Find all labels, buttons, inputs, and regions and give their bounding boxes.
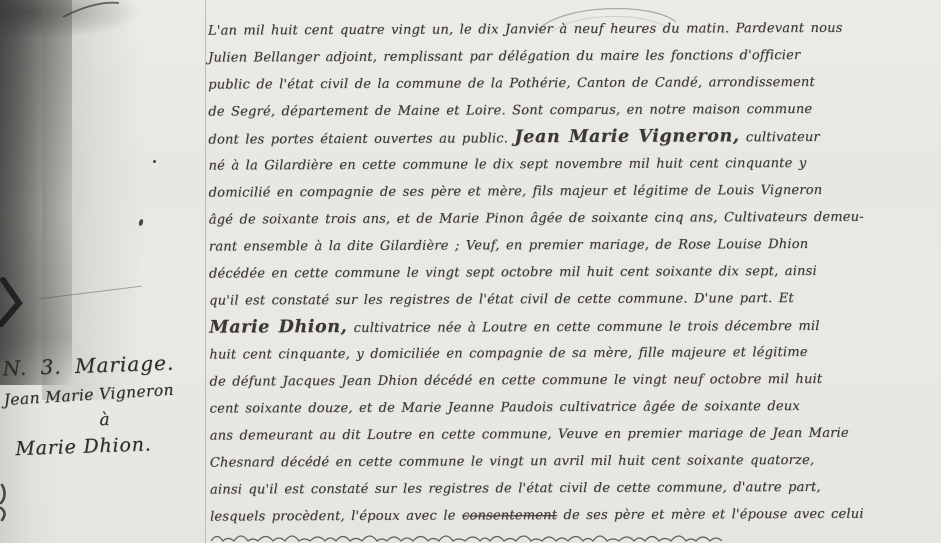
text-line: ainsi qu'il est constaté sur les registr… — [210, 473, 936, 503]
text-line: Marie Dhion, cultivatrice née à Loutre e… — [209, 311, 935, 341]
clipped-text-line — [209, 531, 935, 543]
text-line: domicilié en compagnie de ses père et mè… — [209, 176, 935, 206]
ink-chevron-mark-icon — [0, 276, 26, 330]
text-line: de défunt Jacques Jean Dhion décédé en c… — [209, 365, 935, 395]
text-line: Chesnard décédé en cette commune le ving… — [210, 446, 936, 476]
margin-annotation: N. 3. Mariage. Jean Marie Vigneron à Mar… — [2, 347, 206, 465]
bride-name-note: Marie Dhion. — [5, 427, 206, 464]
text-line: de Segré, département de Maine et Loire.… — [208, 95, 934, 125]
text-line: dont les portes étaient ouvertes au publ… — [208, 122, 934, 152]
text-line: huit cent cinquante, y domiciliée en com… — [209, 338, 935, 368]
act-body-text: L'an mil huit cent quatre vingt un, le d… — [208, 14, 936, 530]
page-edge-shading — [42, 0, 142, 400]
ink-speck — [153, 160, 156, 163]
text-line: L'an mil huit cent quatre vingt un, le d… — [208, 14, 934, 44]
text-line: qu'il est constaté sur les registres de … — [209, 284, 935, 314]
text-line: rant ensemble à la dite Gilardière ; Veu… — [209, 230, 935, 260]
text-line: cent soixante douze, et de Marie Jeanne … — [210, 392, 936, 422]
pen-flourish-icon — [55, 0, 125, 20]
text-line: public de l'état civil de la commune de … — [208, 68, 934, 98]
register-page-scan: N. 3. Mariage. Jean Marie Vigneron à Mar… — [0, 0, 941, 543]
ink-edge-strokes-icon — [0, 483, 12, 523]
ink-speck — [138, 219, 144, 227]
text-line: décédée en cette commune le vingt sept o… — [209, 257, 935, 287]
text-line: né à la Gilardière en cette commune le d… — [208, 149, 934, 179]
text-line: âgé de soixante trois ans, et de Marie P… — [209, 203, 935, 233]
text-line: ans demeurant au dit Loutre en cette com… — [210, 419, 936, 449]
margin-rule-line — [205, 0, 206, 543]
text-line: lesquels procèdent, l'époux avec le cons… — [210, 500, 936, 530]
text-line: Julien Bellanger adjoint, remplissant pa… — [208, 41, 934, 71]
